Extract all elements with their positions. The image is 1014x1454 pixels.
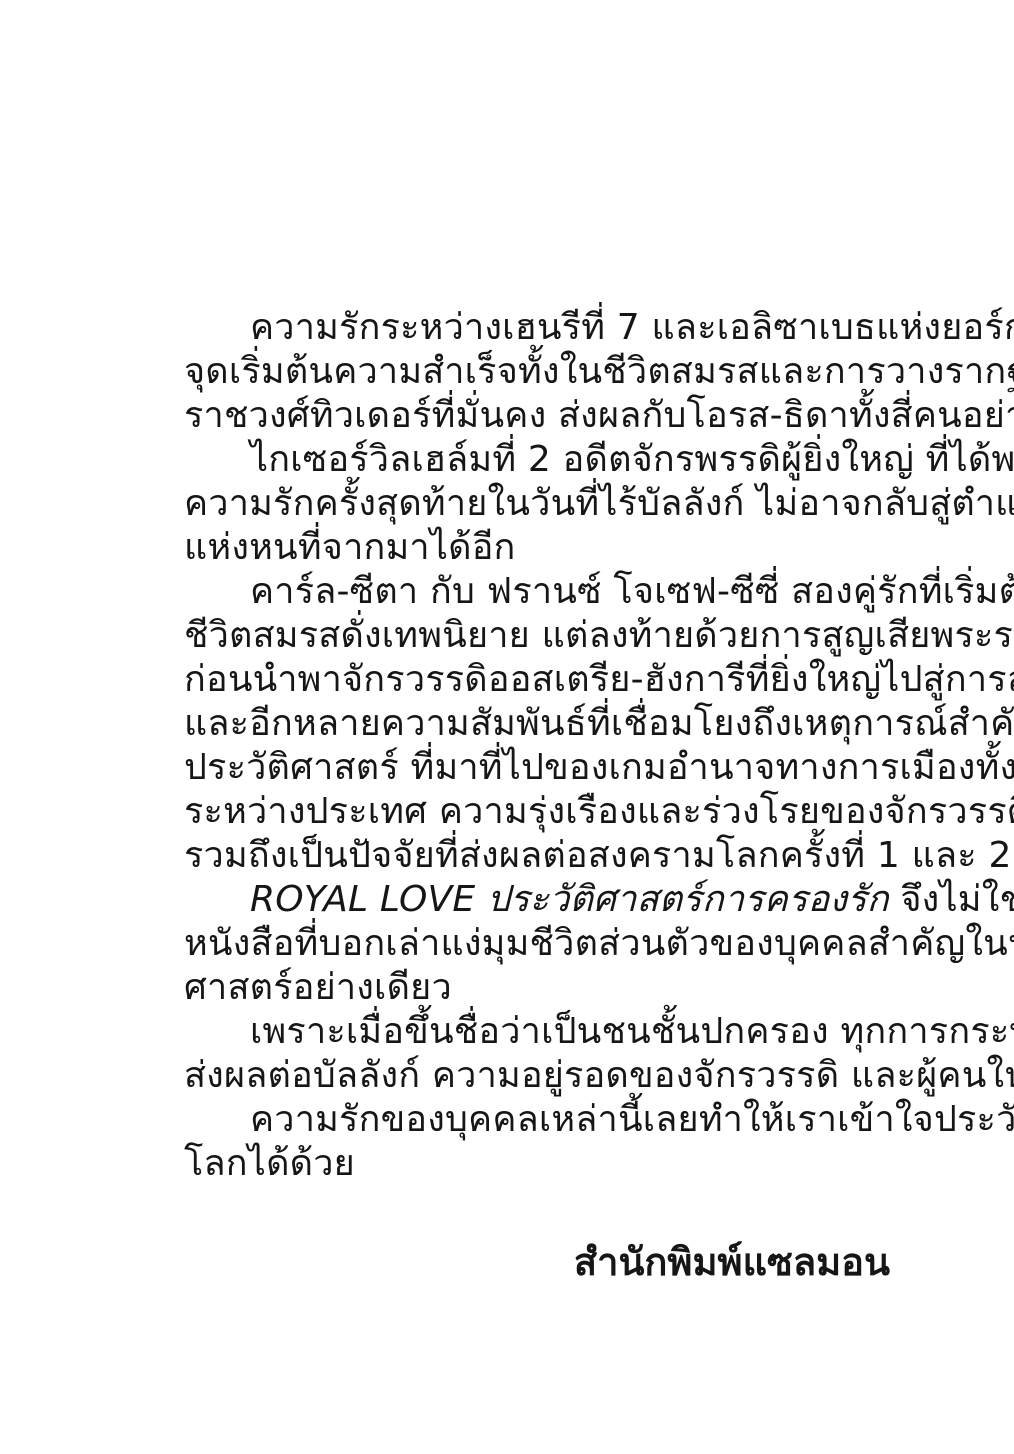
text-line: ส่งผลต่อบัลลังก์ ความอยู่รอดของจักรวรรดิ…	[184, 1054, 892, 1098]
text-line: ชีวิตสมรสดั่งเทพนิยาย แต่ลงท้ายด้วยการสู…	[184, 614, 892, 658]
text-line: ไกเซอร์วิลเฮล์มที่ 2 อดีตจักรพรรดิผู้ยิ่…	[184, 438, 892, 482]
text-line: ความรักของบุคคลเหล่านี้เลยทำให้เราเข้าใจ…	[184, 1098, 892, 1142]
text-line: โลกได้ด้วย	[184, 1142, 892, 1186]
synopsis-text-block: ความรักระหว่างเฮนรีที่ 7 และเอลิซาเบธแห่…	[184, 306, 892, 1186]
paragraph-karl-zita-franz-sisi: คาร์ล-ซีตา กับ ฟรานซ์ โจเซฟ-ซีซี่ สองคู่…	[184, 570, 892, 878]
publisher-imprint: สำนักพิมพ์แซลมอน	[574, 1240, 890, 1284]
book-page: ความรักระหว่างเฮนรีที่ 7 และเอลิซาเบธแห่…	[0, 0, 1014, 1454]
paragraph-kaiser-wilhelm: ไกเซอร์วิลเฮล์มที่ 2 อดีตจักรพรรดิผู้ยิ่…	[184, 438, 892, 570]
text-line: แห่งหนที่จากมาได้อีก	[184, 526, 892, 570]
text-line: คาร์ล-ซีตา กับ ฟรานซ์ โจเซฟ-ซีซี่ สองคู่…	[184, 570, 892, 614]
text-line: ศาสตร์อย่างเดียว	[184, 966, 892, 1010]
text-line: ราชวงศ์ทิวเดอร์ที่มั่นคง ส่งผลกับโอรส-ธิ…	[184, 394, 892, 438]
text-line: และอีกหลายความสัมพันธ์ที่เชื่อมโยงถึงเหต…	[184, 702, 892, 746]
paragraph-royal-love: ROYAL LOVE ประวัติศาสตร์การครองรัก จึงไม…	[184, 878, 892, 1010]
text-line: ระหว่างประเทศ ความรุ่งเรืองและร่วงโรยของ…	[184, 790, 892, 834]
text-line: รวมถึงเป็นปัจจัยที่ส่งผลต่อสงครามโลกครั้…	[184, 834, 892, 878]
text-line: ก่อนนำพาจักรวรรดิออสเตรีย-ฮังการีที่ยิ่ง…	[184, 658, 892, 702]
book-title-italic: ROYAL LOVE ประวัติศาสตร์การครองรัก	[250, 879, 889, 920]
text-line: ความรักครั้งสุดท้ายในวันที่ไร้บัลลังก์ ไ…	[184, 482, 892, 526]
text-line: ประวัติศาสตร์ ที่มาที่ไปของเกมอำนาจทางกา…	[184, 746, 892, 790]
text-line: จุดเริ่มต้นความสำเร็จทั้งในชีวิตสมรสและก…	[184, 350, 892, 394]
text-line: เพราะเมื่อขึ้นชื่อว่าเป็นชนชั้นปกครอง ทุ…	[184, 1010, 892, 1054]
text-line: ROYAL LOVE ประวัติศาสตร์การครองรัก จึงไม…	[184, 878, 892, 922]
text-line: หนังสือที่บอกเล่าแง่มุมชีวิตส่วนตัวของบุ…	[184, 922, 892, 966]
paragraph-closing: ความรักของบุคคลเหล่านี้เลยทำให้เราเข้าใจ…	[184, 1098, 892, 1186]
text-line: ความรักระหว่างเฮนรีที่ 7 และเอลิซาเบธแห่…	[184, 306, 892, 350]
paragraph-henry-elizabeth: ความรักระหว่างเฮนรีที่ 7 และเอลิซาเบธแห่…	[184, 306, 892, 438]
paragraph-ruling-class: เพราะเมื่อขึ้นชื่อว่าเป็นชนชั้นปกครอง ทุ…	[184, 1010, 892, 1098]
text-line-continuation: จึงไม่ใช่เพียง	[889, 879, 1014, 920]
